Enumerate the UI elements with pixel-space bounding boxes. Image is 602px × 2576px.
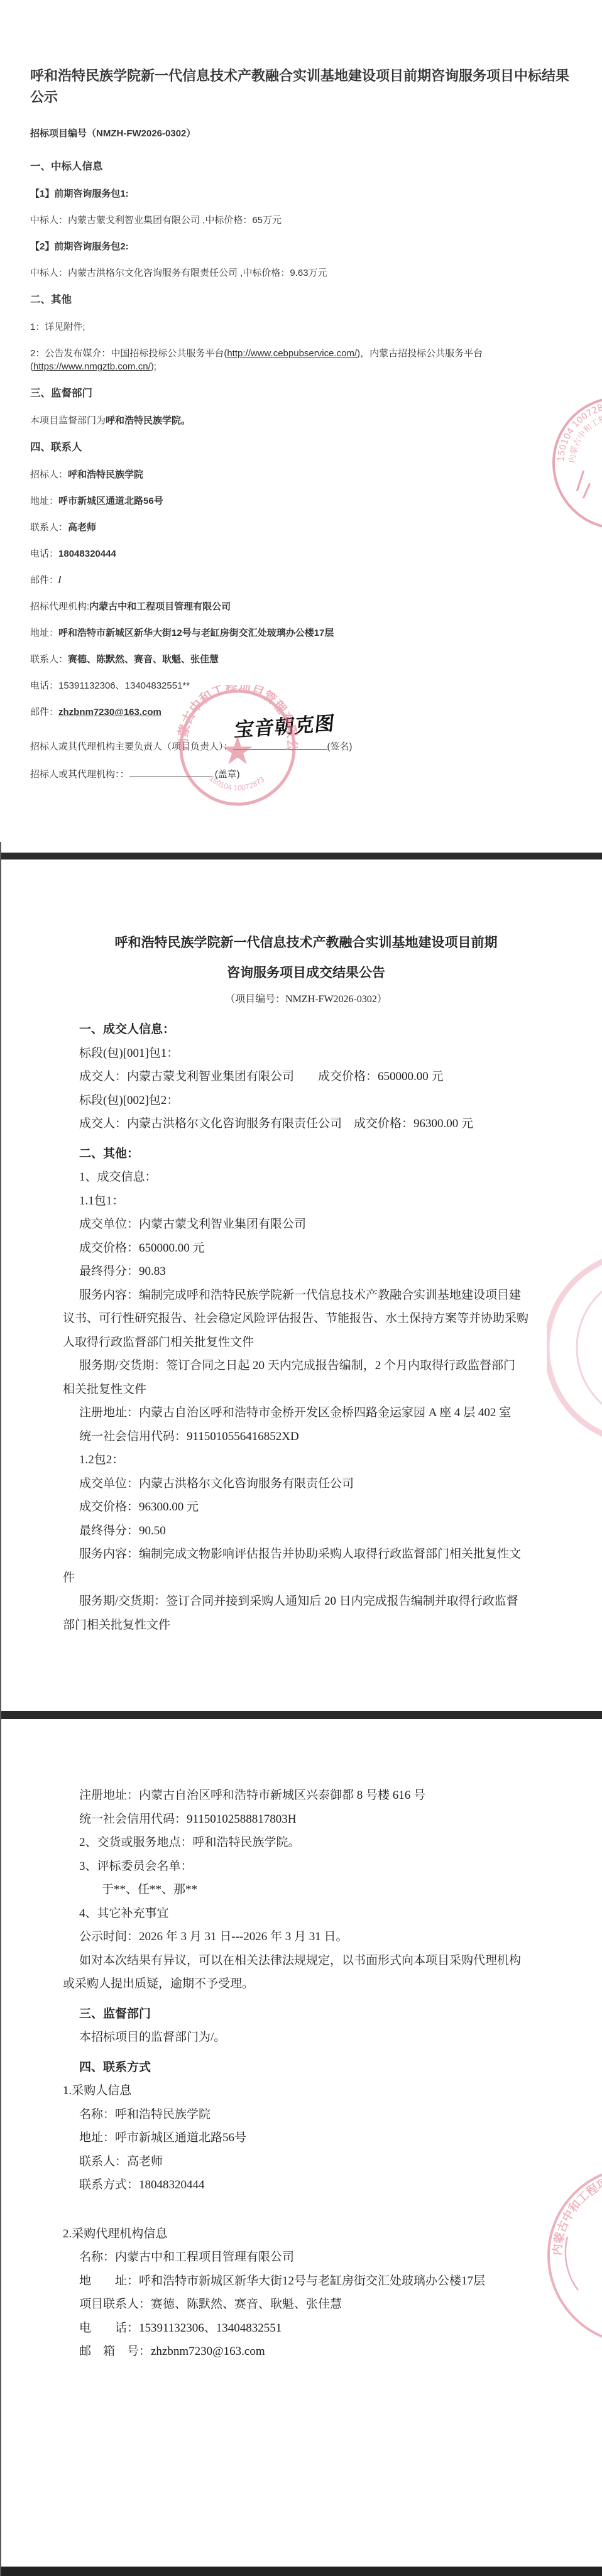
text-line: 四、联系方式 [63,2056,549,2080]
text-line: 地址：呼市新城区通道北路56号 [63,2126,549,2150]
text-line: 2：公告发布媒介：中国招标投标公共服务平台(http://www.cebpubs… [30,347,574,373]
text-line: 中标人：内蒙古蒙戈利智业集团有限公司 ,中标价格：65万元 [30,214,574,227]
text-span: 赛德、陈默然、赛音、耿魁、张佳慧 [68,654,219,665]
text-line: 地址：呼和浩特市新城区新华大街12号与老缸房街交汇处玻璃办公楼17层 [30,626,574,640]
text-span: 电话：15391132306、13404832551** [30,680,190,691]
text-line: 部门相关批复性文件 [63,1613,549,1637]
stamp-blank-line [129,768,212,777]
text-line: 最终得分：90.83 [63,1260,549,1284]
text-line: 1.1包1： [63,1189,549,1213]
text-line: 统一社会信用代码：91150102588817803H [63,1808,549,1831]
text-span: 三、监督部门 [30,388,92,399]
text-line: 名称：内蒙古中和工程项目管理有限公司 [63,2246,549,2269]
text-line: 成交价格：96300.00 元 [63,1495,549,1519]
text-span: 一、中标人信息 [30,161,103,172]
page-title: 呼和浩特民族学院新一代信息技术产教融合实训基地建设项目前期咨询服务项目中标结果公… [30,65,574,108]
text-span: / [58,575,61,586]
text-span: 地址： [30,628,58,638]
text-span: 四、联系人 [30,442,82,453]
signature-blank-line: 宝音朝克图 [233,740,327,750]
text-span: 邮件： [30,575,58,586]
page-separator-bar [0,853,602,860]
text-line: 注册地址：内蒙古自治区呼和浩特市金桥开发区金桥四路金运家园 A 座 4 层 40… [63,1401,549,1425]
text-span: 二、其他 [30,294,72,305]
text-span: 中标人：内蒙古蒙戈利智业集团有限公司 ,中标价格：65万元 [30,215,282,226]
text-span: ); [151,361,156,372]
scan-left-edge-line [0,842,1,2576]
attachment-page-2: 注册地址：内蒙古自治区呼和浩特市新城区兴泰御都 8 号楼 616 号统一社会信用… [0,1719,602,2567]
text-span: 中标人：内蒙古洪格尔文化咨询服务有限责任公司 ,中标价格：9.63万元 [30,268,327,278]
text-span: 本项目监督部门为 [30,415,106,426]
text-line: 4、其它补充事宜 [63,1902,549,1926]
text-line: 邮件：/ [30,574,574,587]
text-line: 地 址：呼和浩特市新城区新华大街12号与老缸房街交汇处玻璃办公楼17层 [63,2269,549,2293]
text-span: 高老师 [68,522,96,533]
page-separator-bar [0,1711,602,1719]
text-line: 成交单位：内蒙古蒙戈利智业集团有限公司 [63,1213,549,1236]
text-span: 电话： [30,548,58,559]
text-line: 成交人：内蒙古蒙戈利智业集团有限公司 成交价格：650000.00 元 [63,1065,549,1089]
text-line: 成交人：内蒙古洪格尔文化咨询服务有限责任公司 成交价格：96300.00 元 [63,1112,549,1136]
text-span: 内蒙古中和工程项目管理有限公司 [89,601,231,612]
text-line: 三、监督部门 [63,2002,549,2026]
text-line: 公示时间：2026 年 3 月 31 日---2026 年 3 月 31 日。 [63,1925,549,1949]
text-span: 呼和浩特民族学院。 [106,415,190,426]
text-line: 联系人：高老师 [30,521,574,534]
text-line: 服务期/交货期：签订合同并接到采购人通知后 20 日内完成报告编制并取得行政监督 [63,1590,549,1613]
stamp-suffix: (盖章) [215,769,240,780]
text-line: 本项目监督部门为呼和浩特民族学院。 [30,414,574,427]
text-line: 1.2包2： [63,1448,549,1472]
text-line: 招标人：呼和浩特民族学院 [30,468,574,481]
attachment-project-number: （项目编号：NMZH-FW2026-0302） [63,990,549,1009]
text-line: 三、监督部门 [30,386,574,400]
attachment-page-1: 呼和浩特民族学院新一代信息技术产教融合实训基地建设项目前期 咨询服务项目成交结果… [0,860,602,1711]
text-line: 地址：呼市新城区通道北路56号 [30,494,574,508]
text-span: 邮件： [30,707,58,718]
text-line: 标段(包)[001]包1： [63,1042,549,1066]
text-line: 招标代理机构:内蒙古中和工程项目管理有限公司 [30,600,574,613]
signature-suffix: (签名) [327,741,353,752]
text-line: 1.采购人信息 [63,2079,549,2103]
text-line: 标段(包)[002]包2： [63,1089,549,1113]
link-text[interactable]: zhzbnm7230@163.com [58,707,161,718]
attachment-title-line2: 咨询服务项目成交结果公告 [63,958,549,988]
link-text[interactable]: https://www.nmgztb.com.cn/ [33,361,151,372]
text-line: 一、中标人信息 [30,160,574,173]
text-span: 【1】前期咨询服务包1: [30,188,129,199]
text-line: 议书、可行性研究报告、社会稳定风险评估报告、节能报告、水土保持方案等并协助采购 [63,1307,549,1331]
text-line: 件 [63,1566,549,1590]
text-line: 服务期/交货期：签订合同之日起 20 天内完成报告编制，2 个月内取得行政监督部… [63,1354,549,1378]
attachment-body-2: 注册地址：内蒙古自治区呼和浩特市新城区兴泰御都 8 号楼 616 号统一社会信用… [63,1784,549,2364]
text-line: 1、成交信息： [63,1165,549,1189]
text-line: 2、交货或服务地点：呼和浩特民族学院。 [63,1831,549,1855]
text-line: 二、其他 [30,293,574,307]
text-line: 【1】前期咨询服务包1: [30,187,574,200]
text-line: 成交单位：内蒙古洪格尔文化咨询服务有限责任公司 [63,1472,549,1496]
signature-row: 招标人或其代理机构主要负责人（项目负责人）：宝音朝克图(签名) [30,740,574,754]
text-line: 相关批复性文件 [63,1378,549,1402]
project-number: 招标项目编号（NMZH-FW2026-0302） [30,127,574,141]
text-line: 统一社会信用代码：9115010556416852XD [63,1425,549,1449]
text-line: 或采购人提出质疑，逾期不予受理。 [63,1972,549,1996]
text-span: 2：公告发布媒介：中国招标投标公共服务平台( [30,348,227,359]
text-line: 2.采购代理机构信息 [63,2222,549,2246]
announcement-page: 呼和浩特民族学院新一代信息技术产教融合实训基地建设项目前期咨询服务项目中标结果公… [0,0,602,853]
text-span: 招标代理机构: [30,601,89,612]
text-line: 联系人：赛德、陈默然、赛音、耿魁、张佳慧 [30,653,574,666]
text-line: 最终得分：90.50 [63,1519,549,1543]
text-line: 1：详见附件; [30,320,574,334]
text-line: 电话：18048320444 [30,547,574,560]
text-line: 联系人：高老师 [63,2150,549,2174]
text-line: 服务内容：编制完成呼和浩特民族学院新一代信息技术产教融合实训基地建设项目建 [63,1284,549,1307]
text-line: 二、其他： [63,1142,549,1166]
text-span: 联系人： [30,522,68,533]
text-line: 成交价格：650000.00 元 [63,1236,549,1260]
handwritten-signature: 宝音朝克图 [234,716,336,737]
attachment-title-line1: 呼和浩特民族学院新一代信息技术产教融合实训基地建设项目前期 [63,927,549,958]
text-line: 邮 箱 号：zhzbnm7230@163.com [63,2340,549,2364]
text-line: 如对本次结果有异议，可以在相关法律法规规定，以书面形式向本项目采购代理机构 [63,1949,549,1973]
announcement-body: 一、中标人信息【1】前期咨询服务包1:中标人：内蒙古蒙戈利智业集团有限公司 ,中… [30,160,574,719]
text-span: 【2】前期咨询服务包2: [30,241,129,252]
text-line: 本招标项目的监督部门为/。 [63,2026,549,2049]
text-span: 1：详见附件; [30,322,85,332]
link-text[interactable]: http://www.cebpubservice.com/ [227,348,357,359]
text-span: 18048320444 [58,548,116,559]
text-line: 中标人：内蒙古洪格尔文化咨询服务有限责任公司 ,中标价格：9.63万元 [30,266,574,280]
text-line: 电 话：15391132306、13404832551 [63,2317,549,2340]
text-span: 呼和浩特民族学院 [68,469,143,480]
stamp-row: 招标人或其代理机构：： (盖章) [30,768,574,782]
text-span: 呼市新城区通道北路56号 [58,496,163,506]
text-line: 联系方式：18048320444 [63,2173,549,2197]
stamp-label: 招标人或其代理机构：： [30,769,129,780]
text-line: 电话：15391132306、13404832551** [30,679,574,692]
text-line: 一、成交人信息： [63,1018,549,1042]
text-span: 联系人： [30,654,68,665]
text-line: 注册地址：内蒙古自治区呼和浩特市新城区兴泰御都 8 号楼 616 号 [63,1784,549,1808]
text-line: 四、联系人 [30,440,574,454]
text-line: 服务内容：编制完成文物影响评估报告并协助采购人取得行政监督部门相关批复性文 [63,1542,549,1566]
bottom-bar [0,2567,602,2576]
text-span: 地址： [30,496,58,506]
text-line: 名称：呼和浩特民族学院 [63,2103,549,2127]
text-line: 于**、任**、那** [63,1878,549,1902]
signature-label: 招标人或其代理机构主要负责人（项目负责人）： [30,741,233,752]
attachment-body-1: 一、成交人信息：标段(包)[001]包1：成交人：内蒙古蒙戈利智业集团有限公司 … [63,1018,549,1637]
text-line: 【2】前期咨询服务包2: [30,240,574,253]
page-canvas: 呼和浩特民族学院新一代信息技术产教融合实训基地建设项目前期咨询服务项目中标结果公… [0,0,602,2576]
text-span: 招标人： [30,469,68,480]
text-span: 呼和浩特市新城区新华大街12号与老缸房街交汇处玻璃办公楼17层 [58,628,334,638]
text-line: 人取得行政监督部门相关批复性文件 [63,1331,549,1355]
text-line: 3、评标委员会名单： [63,1855,549,1879]
text-line: 项目联系人：赛德、陈默然、赛音、耿魁、张佳慧 [63,2293,549,2317]
